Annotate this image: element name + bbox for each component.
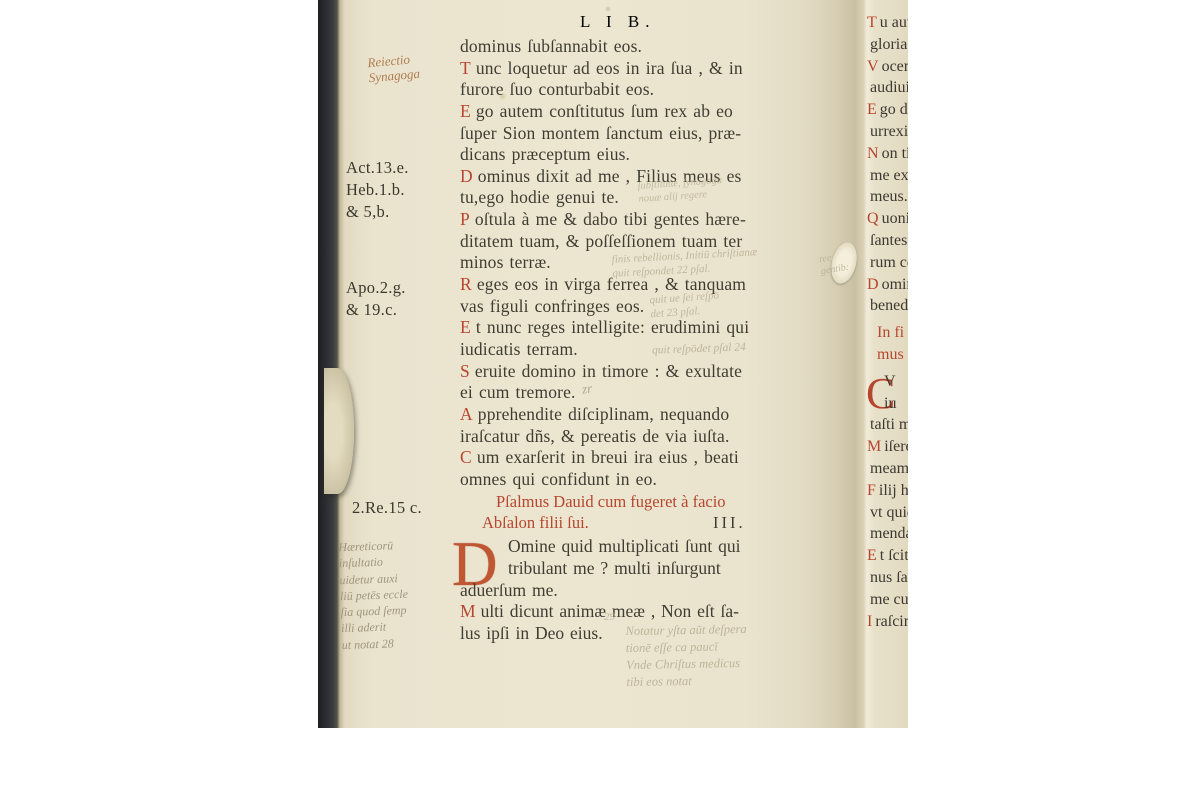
text-line: audiuit <box>867 77 908 99</box>
text-line: Filij ho <box>867 480 908 502</box>
rubric-line: Abſalon filii ſui.III. <box>460 513 780 534</box>
text-line: Miſerer <box>867 436 908 458</box>
handwritten-note-notatur: Notatur yſta aūt deſpera tionē eſſe ca p… <box>625 621 747 691</box>
line-text: pprehendite diſciplinam, nequando <box>478 404 729 424</box>
text-line: menda <box>867 523 908 545</box>
psalm-number: III. <box>713 513 746 534</box>
line-text: aduerſum me. <box>460 580 558 600</box>
line-text: unc loquetur ad eos in ira ſua , & in <box>476 58 743 78</box>
psalm-rubric: Pſalmus Dauid cum fugeret à facio Abſalo… <box>460 492 780 533</box>
line-text: dominus ſubſannabit eos. <box>460 36 642 56</box>
text-line: nus ſan <box>867 567 908 589</box>
text-line: Tunc loquetur ad eos in ira ſua , & in <box>460 58 816 80</box>
text-line: ſuper Sion montem ſanctum eius, præ- <box>460 123 816 145</box>
line-text: tribulant me ? multi inſurgunt <box>508 558 721 578</box>
line-text: go autem conſtitutus ſum rex ab eo <box>476 101 733 121</box>
text-line: iudicatis terram. <box>460 339 816 361</box>
text-line: benedic <box>867 295 908 317</box>
line-text: iraſcatur dñs, & pereatis de via iuſta. <box>460 426 729 446</box>
running-header: L I B. <box>580 12 656 32</box>
text-line: iu <box>867 393 908 415</box>
text-line: Quonia <box>867 208 908 230</box>
text-line: omnes qui confidunt in eo. <box>460 469 816 491</box>
verse-initial: D <box>460 166 473 186</box>
text-line: dominus ſubſannabit eos. <box>460 36 816 58</box>
handwritten-note-29: 29 <box>604 611 615 623</box>
facing-page-column: Tu aut gloria Vocem audiuit Ego dor urre… <box>867 12 908 632</box>
text-line: me cum <box>867 589 908 611</box>
text-line: ei cum tremore. <box>460 382 816 404</box>
line-text: oſtula à me & dabo tibi gentes hære- <box>475 209 746 229</box>
book-photograph: L I B. Act.13.e. Heb.1.b. & 5,b. Apo.2.g… <box>318 0 908 728</box>
line-text: iudicatis terram. <box>460 339 578 359</box>
margin-reference: 2.Re.15 c. <box>352 498 422 518</box>
text-line: rum con <box>867 252 908 274</box>
text-line: meus. <box>867 186 908 208</box>
rubric-text: Abſalon filii ſui. <box>482 513 589 532</box>
text-line: urrexiq <box>867 121 908 143</box>
verse-initial: E <box>460 317 471 337</box>
line-text: eruite domino in timore : & exultate <box>475 361 742 381</box>
line-text: lus ipſi in Deo eius. <box>460 623 603 643</box>
text-line: ditatem tuam, & poſſeſſionem tuam ter <box>460 231 816 253</box>
book-clasp-bump <box>324 368 354 494</box>
text-line: Seruite domino in timore : & exultate <box>460 361 816 383</box>
text-line: Omine quid multiplicati ſunt qui <box>460 536 816 558</box>
text-line: Cum exarſerit in breui ira eius , beati <box>460 447 816 469</box>
text-line: tribulant me ? multi inſurgunt <box>460 558 816 580</box>
line-text: Omine quid multiplicati ſunt qui <box>508 536 741 556</box>
handwritten-note-haereticorum: Hæreticorū inſultatio uidetur auxi liū p… <box>338 537 410 653</box>
text-line: Ego autem conſtitutus ſum rex ab eo <box>460 101 816 123</box>
verse-initial: A <box>460 404 473 424</box>
text-line: furore ſuo conturbabit eos. <box>460 79 816 101</box>
rubric-line: In fi <box>867 322 908 344</box>
line-text: ſuper Sion montem ſanctum eius, præ- <box>460 123 741 143</box>
handwritten-note-reiectio: Reiectio Synagoga <box>367 51 421 85</box>
text-line: aduerſum me. <box>460 580 816 602</box>
text-line: Vocem <box>867 56 908 78</box>
text-line: Poſtula à me & dabo tibi gentes hære- <box>460 209 816 231</box>
text-line: ſantes mi <box>867 230 908 252</box>
text-line: Iraſcim <box>867 611 908 633</box>
text-line: V <box>867 371 908 393</box>
text-line: Et ſcito <box>867 545 908 567</box>
handwritten-paraph-mark: zr <box>581 380 593 397</box>
text-line: taſti mih <box>867 414 908 436</box>
text-line: vas figuli confringes eos. <box>460 296 816 318</box>
text-line: iraſcatur dñs, & pereatis de via iuſta. <box>460 426 816 448</box>
verse-initial: C <box>460 447 472 467</box>
line-text: vas figuli confringes eos. <box>460 296 644 316</box>
text-line: Ego dor <box>867 99 908 121</box>
rubric-line: mus <box>867 344 908 366</box>
text-line: dicans præceptum eius. <box>460 144 816 166</box>
margin-reference: Act.13.e. <box>346 158 409 178</box>
line-text: tu,ego hodie genui te. <box>460 187 619 207</box>
verse-initial: R <box>460 274 472 294</box>
text-line: Apprehendite diſciplinam, nequando <box>460 404 816 426</box>
margin-reference: & 5,b. <box>346 202 390 222</box>
text-line: Domini <box>867 274 908 296</box>
line-text: minos terræ. <box>460 252 551 272</box>
line-text: furore ſuo conturbabit eos. <box>460 79 654 99</box>
text-line: Tu aut <box>867 12 908 34</box>
text-line: gloria <box>867 34 908 56</box>
verse-initial: M <box>460 601 476 621</box>
margin-reference: Apo.2.g. <box>346 278 406 298</box>
line-text: dicans præceptum eius. <box>460 144 630 164</box>
text-line: Multi dicunt animæ meæ , Non eſt ſa- <box>460 601 816 623</box>
rubric-line: Pſalmus Dauid cum fugeret à facio <box>460 492 780 513</box>
verse-initial: E <box>460 101 471 121</box>
text-line: meam. <box>867 458 908 480</box>
margin-reference: & 19.c. <box>346 300 397 320</box>
line-text: ei cum tremore. <box>460 382 576 402</box>
line-text: omnes qui confidunt in eo. <box>460 469 657 489</box>
verse-initial: P <box>460 209 470 229</box>
text-line: me exur <box>867 165 908 187</box>
verse-initial: S <box>460 361 470 381</box>
handwritten-note-respondet-23: quit ue ſei reſpō det 23 pſal. <box>649 289 720 322</box>
line-text: um exarſerit in breui ira eius , beati <box>477 447 739 467</box>
text-line: Non tim <box>867 143 908 165</box>
text-line: Et nunc reges intelligite: erudimini qui <box>460 317 816 339</box>
verse-initial: T <box>460 58 471 78</box>
text-line: vt quid <box>867 502 908 524</box>
margin-reference: Heb.1.b. <box>346 180 405 200</box>
handwritten-note-gentib: ree gentib: <box>818 250 850 278</box>
line-text: t nunc reges intelligite: erudimini qui <box>476 317 749 337</box>
